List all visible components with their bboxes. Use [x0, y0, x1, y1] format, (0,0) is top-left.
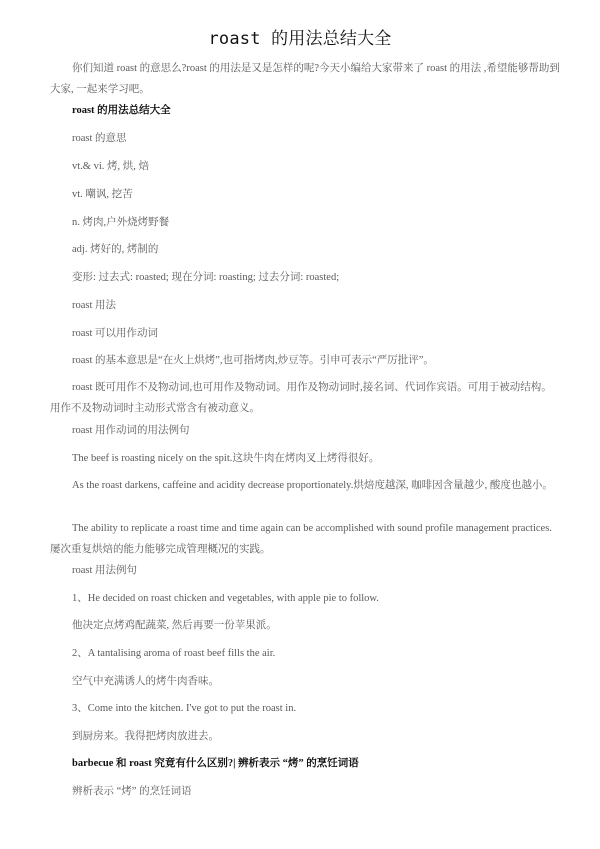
paragraph: 1、He decided on roast chicken and vegeta… [50, 588, 560, 609]
paragraph: 辨析表示 “烤” 的烹饪词语 [50, 781, 560, 802]
paragraph: vt.& vi. 烤, 烘, 焙 [50, 156, 560, 177]
section-heading: roast 的用法总结大全 [50, 100, 560, 121]
paragraph: roast 可以用作动词 [50, 323, 560, 344]
paragraph: 到厨房来。我得把烤肉放进去。 [50, 726, 560, 747]
document-page: roast 的用法总结大全 你们知道 roast 的意思么?roast 的用法是… [0, 0, 600, 849]
paragraph: roast 既可用作不及物动词,也可用作及物动词。用作及物动词时,接名词、代词作… [50, 377, 560, 419]
paragraph: roast 用法例句 [50, 560, 560, 581]
paragraph: The beef is roasting nicely on the spit.… [50, 448, 560, 469]
paragraph: 变形: 过去式: roasted; 现在分词: roasting; 过去分词: … [50, 267, 560, 288]
paragraph: adj. 烤好的, 烤制的 [50, 239, 560, 260]
paragraph: vt. 嘲讽, 挖苦 [50, 184, 560, 205]
paragraph: roast 用法 [50, 295, 560, 316]
paragraph: 2、A tantalising aroma of roast beef fill… [50, 643, 560, 664]
paragraph: n. 烤肉,户外烧烤野餐 [50, 212, 560, 233]
paragraph: 他决定点烤鸡配蔬菜, 然后再要一份苹果派。 [50, 615, 560, 636]
paragraph: roast 的基本意思是“在火上烘烤”,也可指烤肉,炒豆等。引申可表示“严厉批评… [50, 350, 560, 371]
paragraph: roast 的意思 [50, 128, 560, 149]
paragraph: 空气中充满诱人的烤牛肉香味。 [50, 671, 560, 692]
paragraph: The ability to replicate a roast time an… [50, 518, 560, 560]
page-title: roast 的用法总结大全 [0, 24, 600, 49]
paragraph: roast 用作动词的用法例句 [50, 420, 560, 441]
intro-paragraph: 你们知道 roast 的意思么?roast 的用法是又是怎样的呢?今天小编给大家… [50, 58, 560, 100]
paragraph: As the roast darkens, caffeine and acidi… [50, 475, 560, 496]
paragraph: 3、Come into the kitchen. I've got to put… [50, 698, 560, 719]
section-heading: barbecue 和 roast 究竟有什么区别?| 辨析表示 “烤” 的烹饪词… [50, 753, 560, 774]
